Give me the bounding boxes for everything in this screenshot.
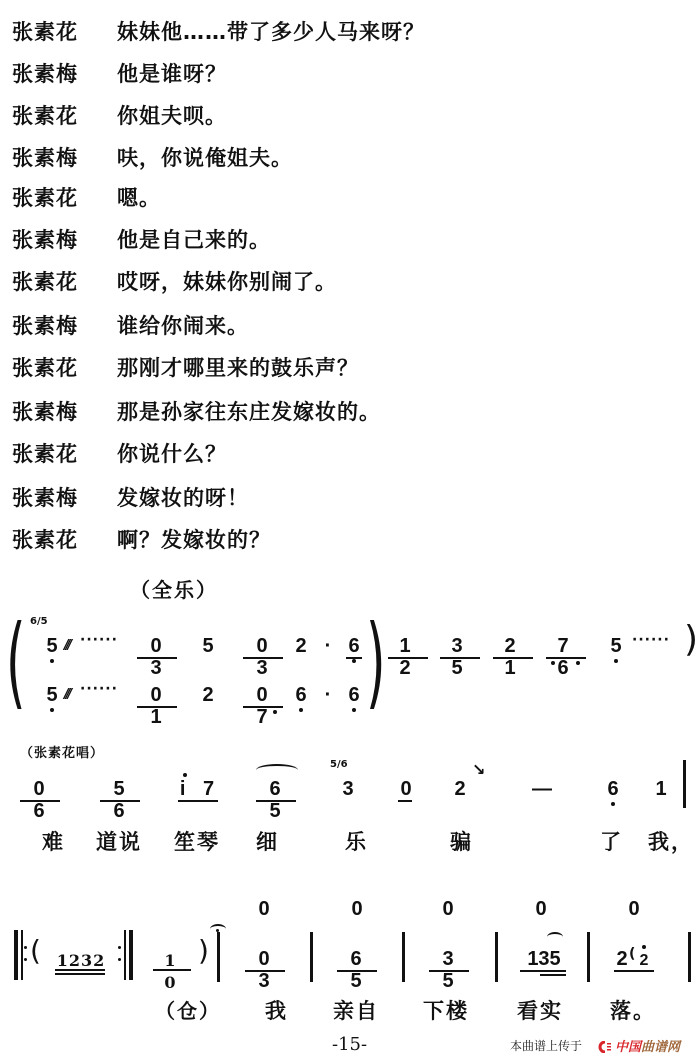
note-group: i 7	[178, 778, 222, 800]
open-paren: (	[30, 936, 41, 966]
page-number: -15-	[332, 1034, 367, 1055]
underline-beam	[540, 974, 566, 976]
lyric: 笙琴	[174, 826, 220, 856]
note: 5	[200, 635, 216, 657]
speaker-name: 张素花	[12, 524, 112, 554]
high-octave-dot	[183, 773, 187, 777]
underline-beam	[137, 657, 177, 659]
underline-beam	[137, 706, 177, 708]
barline	[310, 932, 313, 982]
singer-label: （张素花唱）	[20, 742, 104, 761]
underline-beam	[520, 970, 566, 972]
dialogue-line: 那是孙家往东庄发嫁妆的。	[117, 396, 381, 426]
lyric: （仓）	[155, 995, 221, 1024]
speaker-name: 张素梅	[12, 396, 112, 426]
underline-beam	[243, 657, 283, 659]
close-paren: )	[198, 936, 209, 966]
lyric: 我	[265, 995, 288, 1025]
watermark-logo: 中国曲谱网	[615, 1036, 680, 1055]
note-group: 1 0	[153, 950, 193, 994]
watermark-text: 本曲谱上传于	[510, 1037, 582, 1054]
note: 5	[44, 684, 60, 706]
dialogue-line: 啊？发嫁妆的？	[117, 524, 271, 554]
repeat-dot	[118, 946, 121, 949]
note: 2	[614, 948, 630, 970]
breath-arrow-icon: ↘	[472, 760, 485, 779]
barline	[587, 932, 590, 982]
underline-beam	[440, 657, 480, 659]
note: 2	[452, 778, 468, 800]
grace-note: 5/6	[330, 760, 348, 769]
dialogue-line: 哎呀，妹妹你别闹了。	[117, 266, 337, 296]
repeat-dot	[118, 958, 121, 961]
note: 3	[340, 778, 356, 800]
repeat-end-thick	[129, 930, 133, 980]
dialogue-line: 发嫁妆的呀！	[117, 482, 249, 512]
note: 6	[605, 778, 621, 800]
speaker-name: 张素花	[12, 266, 112, 296]
dot: ·	[320, 635, 336, 657]
dialogue-line: 那刚才哪里来的鼓乐声？	[117, 352, 359, 382]
dialogue-line: 呋，你说俺姐夫。	[117, 142, 293, 172]
repeat-dot	[24, 946, 27, 949]
slur	[547, 932, 563, 942]
close-bracket: )	[366, 612, 386, 712]
repeat-end-thin	[124, 930, 126, 980]
underline-beam	[429, 970, 469, 972]
underline-beam	[153, 969, 191, 971]
percussion-rest: 0	[440, 898, 456, 920]
low-octave-dot	[576, 661, 580, 665]
note: 2	[200, 684, 216, 706]
watermark-logo-icon	[598, 1038, 612, 1050]
grace-note: 6/5	[30, 617, 48, 626]
dialogue-line: 他是谁呀？	[117, 58, 227, 88]
dialogue-line: 嗯。	[117, 182, 161, 212]
underline-beam	[243, 706, 283, 708]
lyric: 下楼	[423, 995, 469, 1025]
lyric: 了	[600, 826, 623, 856]
speaker-name: 张素梅	[12, 58, 112, 88]
note: 6	[346, 635, 362, 657]
note: 6	[293, 684, 309, 706]
speaker-name: 张素梅	[12, 224, 112, 254]
note: 6	[346, 684, 362, 706]
open-bracket: (	[6, 612, 26, 712]
barline	[688, 932, 691, 982]
speaker-name: 张素花	[12, 352, 112, 382]
underline-beam	[346, 657, 362, 659]
underline-beam	[20, 800, 60, 802]
dialogue-line: 他是自己来的。	[117, 224, 271, 254]
lyric: 难	[42, 826, 65, 856]
note: 5	[44, 635, 60, 657]
continuation-dots: ······	[80, 632, 118, 648]
lyric: 落。	[610, 995, 656, 1025]
open-paren: (	[629, 946, 635, 962]
tremolo-mark: ///	[64, 687, 69, 702]
underline-beam	[337, 970, 377, 972]
underline-beam	[493, 657, 533, 659]
speaker-name: 张素梅	[12, 310, 112, 340]
barline	[683, 760, 686, 808]
note: 0	[398, 778, 414, 800]
underline-beam	[614, 970, 654, 972]
percussion-rest: 0	[533, 898, 549, 920]
lyric: 看实	[517, 995, 563, 1025]
speaker-name: 张素花	[12, 100, 112, 130]
ensemble-label: （全乐）	[130, 574, 218, 603]
lyric: 细	[256, 826, 279, 856]
speaker-name: 张素花	[12, 182, 112, 212]
speaker-name: 张素梅	[12, 482, 112, 512]
underline-beam	[388, 657, 428, 659]
slur	[256, 764, 298, 776]
low-octave-dot	[273, 710, 277, 714]
note: 5	[608, 635, 624, 657]
repeat-start-thick	[14, 930, 18, 980]
dialogue-line: 妹妹他……带了多少人马来呀？	[117, 16, 425, 46]
underline-beam	[256, 800, 296, 802]
underline-beam	[245, 970, 285, 972]
continuation-dots: ······	[632, 632, 670, 648]
percussion-rest: 0	[256, 898, 272, 920]
speaker-name: 张素花	[12, 438, 112, 468]
tremolo-mark: ///	[64, 638, 69, 653]
underline-beam	[55, 969, 105, 971]
close-paren: )	[684, 622, 698, 658]
speaker-name: 张素花	[12, 16, 112, 46]
lyric: 我，	[648, 826, 694, 856]
percussion-rest: 0	[626, 898, 642, 920]
underline-beam	[55, 973, 105, 975]
lyric: 骗	[450, 826, 473, 856]
note-group: 135	[520, 948, 568, 970]
underline-beam	[100, 800, 140, 802]
lyric: 道说	[96, 826, 142, 856]
dot: ·	[320, 684, 336, 706]
percussion-rest: 0	[349, 898, 365, 920]
lyric: 乐	[345, 826, 368, 856]
speaker-name: 张素梅	[12, 142, 112, 172]
barline	[402, 932, 405, 982]
lyric: 亲自	[333, 995, 379, 1025]
barline	[495, 932, 498, 982]
dialogue-line: 谁给你闹来。	[117, 310, 249, 340]
barline	[217, 932, 220, 982]
repeat-start-thin	[21, 930, 23, 980]
repeat-dot	[24, 958, 27, 961]
note: 2	[293, 635, 309, 657]
underline-beam	[398, 800, 412, 802]
low-octave-dot	[551, 661, 555, 665]
dialogue-line: 你姐夫呗。	[117, 100, 227, 130]
note: 1	[653, 778, 669, 800]
note: 2	[636, 950, 652, 972]
continuation-dots: ······	[80, 681, 118, 697]
dialogue-line: 你说什么？	[117, 438, 227, 468]
underline-beam	[546, 657, 586, 659]
dash: —	[530, 778, 554, 800]
underline-beam	[178, 800, 218, 802]
